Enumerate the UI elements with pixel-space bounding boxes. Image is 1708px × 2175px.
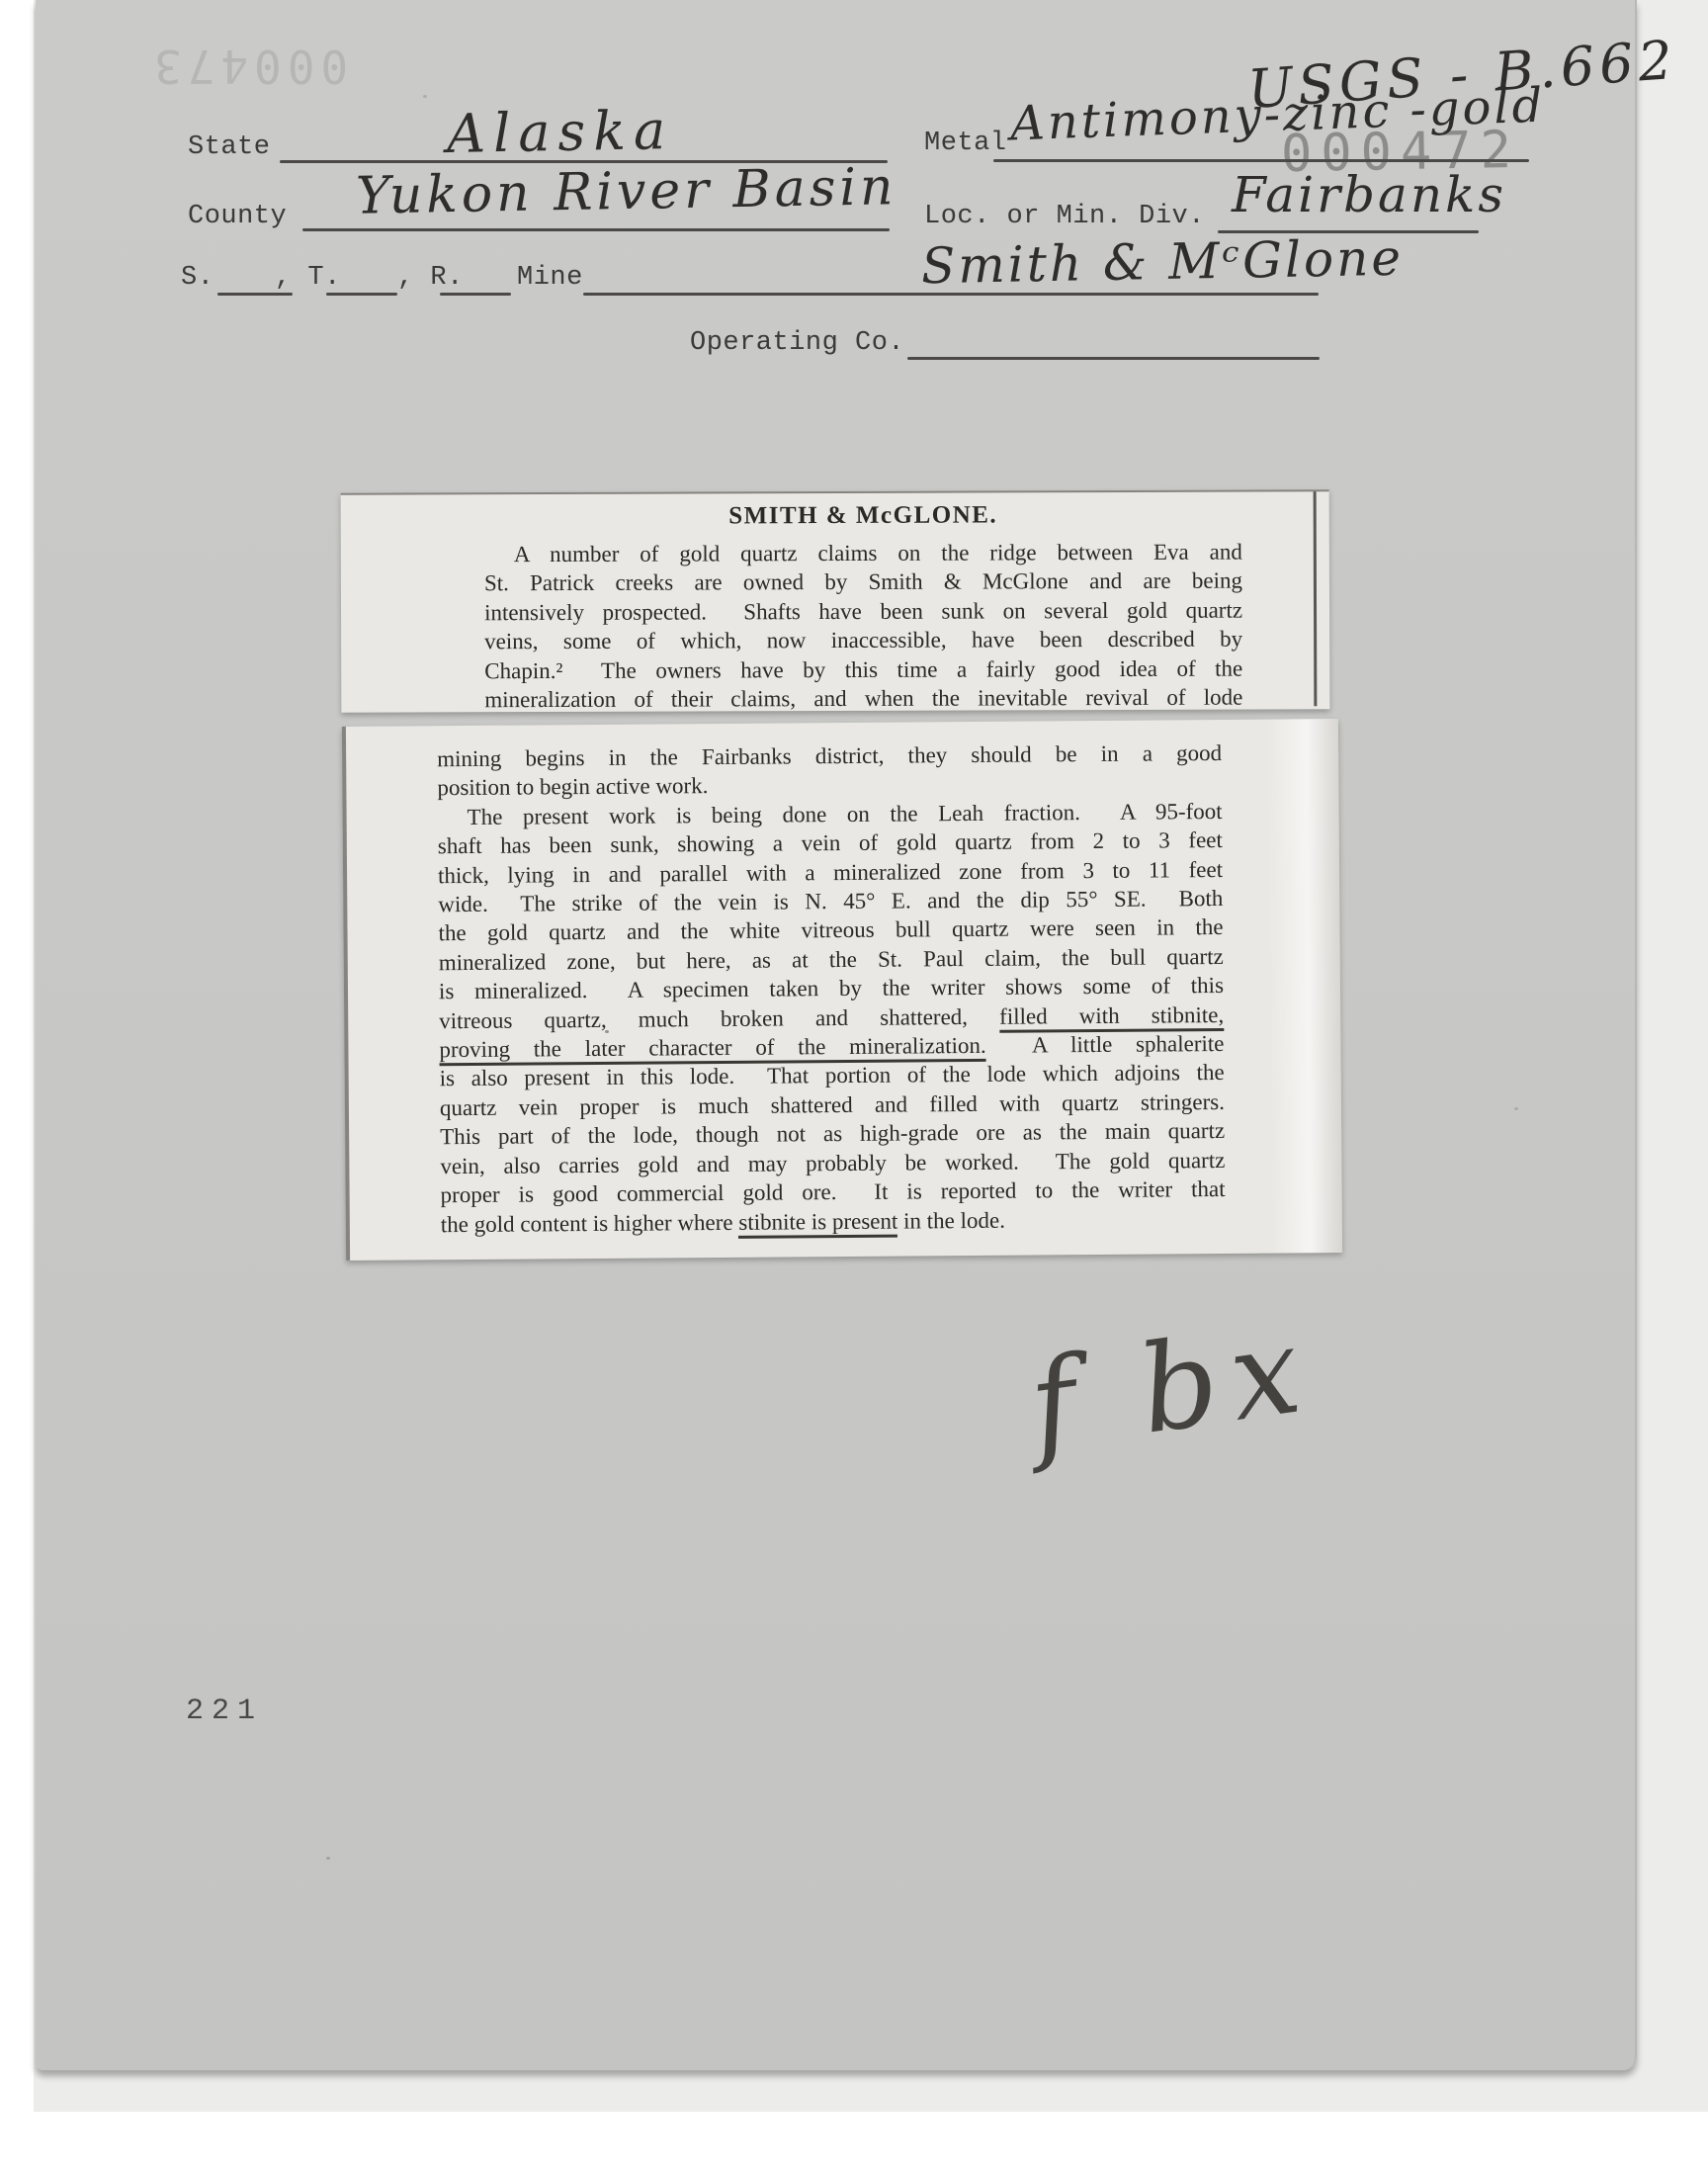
township-field-line [326, 293, 397, 296]
text-segment: The present work is being done on the Le… [468, 799, 1223, 829]
clipping-1-body: A number of gold quartz claims on the ri… [484, 538, 1243, 715]
text-segment: the gold quartz and the white vitreous b… [438, 914, 1223, 945]
text-segment: is mineralized. A specimen taken by the … [439, 973, 1224, 1003]
clipping-edge-line [1314, 491, 1318, 706]
bleedthrough-stamp: 000473 [148, 40, 348, 93]
text-segment: mineralized zone, but here, as at the St… [439, 944, 1224, 975]
text-segment: vein, also carries gold and may probably… [440, 1148, 1225, 1178]
text-segment: mineralization of their claims, and when… [484, 685, 1242, 713]
operating-co-label: Operating Co. [690, 328, 904, 358]
clipping-text-line: A number of gold quartz claims on the ri… [484, 538, 1242, 569]
clipping-text-line: mineralization of their claims, and when… [484, 683, 1242, 715]
clipping-text-line: intensively prospected. Shafts have been… [484, 595, 1242, 627]
text-segment: St. Patrick creeks are owned by Smith & … [484, 568, 1242, 596]
metal-field-line [993, 159, 1529, 162]
dust-speck [605, 1030, 609, 1033]
text-segment: is also present in this lode. That porti… [440, 1060, 1225, 1090]
text-segment: the gold content is higher where [441, 1209, 739, 1236]
text-segment: quartz vein proper is much shattered and… [440, 1089, 1225, 1120]
state-label: State [188, 132, 271, 162]
newspaper-clipping-2: mining begins in the Fairbanks district,… [342, 719, 1342, 1261]
clipping-2-body: mining begins in the Fairbanks district,… [437, 739, 1226, 1239]
metal-label: Metal [924, 129, 1007, 158]
section-field-line [217, 293, 293, 296]
hand-underlined-phrase: filled with stibnite, [999, 1002, 1224, 1033]
text-segment: intensively prospected. Shafts have been… [484, 597, 1242, 625]
text-segment: position to begin active work. [437, 773, 708, 800]
text-segment: thick, lying in and parallel with a mine… [438, 857, 1223, 888]
dust-speck [326, 1857, 330, 1860]
clipping-title: SMITH & McGLONE. [484, 501, 1242, 532]
range-label: , R. [397, 263, 464, 293]
state-value-handwritten: Alaska [446, 99, 673, 165]
text-segment: in the lode. [897, 1207, 1005, 1233]
text-segment: This part of the lode, though not as hig… [440, 1118, 1225, 1149]
clipping-text-line: proper is good commercial gold ore. It i… [441, 1174, 1226, 1210]
newspaper-clipping-1: SMITH & McGLONE. A number of gold quartz… [341, 489, 1330, 712]
clipping-text-line: Chapin.² The owners have by this time a … [484, 653, 1242, 685]
clipping-text-line: veins, some of which, now inaccessible, … [484, 625, 1242, 656]
section-label: S. [181, 263, 213, 293]
text-segment: shaft has been sunk, showing a vein of g… [438, 827, 1223, 858]
loc-min-div-label: Loc. or Min. Div. [924, 202, 1205, 231]
county-field-line [302, 228, 890, 231]
county-label: County [188, 202, 287, 231]
county-value-handwritten: Yukon River Basin [356, 157, 897, 226]
hand-underlined-phrase: stibnite is present [738, 1208, 897, 1238]
page-number: 221 [186, 1695, 263, 1728]
text-segment: Chapin.² The owners have by this time a … [484, 655, 1242, 683]
text-segment: A little sphalerite [986, 1031, 1225, 1058]
clipping-text-line: St. Patrick creeks are owned by Smith & … [484, 566, 1242, 598]
scanned-document-page: 000473 USGS - B.662 000472 State Alaska … [0, 0, 1708, 2175]
dust-speck [423, 95, 427, 98]
loc-value-handwritten: Fairbanks [1232, 166, 1506, 223]
text-segment: A number of gold quartz claims on the ri… [514, 540, 1242, 567]
range-field-line [440, 293, 511, 296]
text-segment: vitreous quartz, much broken and shatter… [439, 1003, 999, 1032]
township-label: , T. [275, 263, 341, 293]
mine-value-handwritten: Smith & MᶜGlone [921, 229, 1405, 296]
mine-label: Mine [517, 263, 583, 293]
text-segment: veins, some of which, now inaccessible, … [484, 627, 1242, 654]
operating-co-field-line [907, 357, 1320, 360]
clipping-text-line: the gold content is higher where stibnit… [441, 1203, 1226, 1239]
text-segment: wide. The strike of the vein is N. 45° E… [438, 886, 1223, 916]
dust-speck [1514, 1107, 1518, 1110]
text-segment: mining begins in the Fairbanks district,… [437, 740, 1222, 771]
text-segment: proper is good commercial gold ore. It i… [441, 1176, 1226, 1207]
